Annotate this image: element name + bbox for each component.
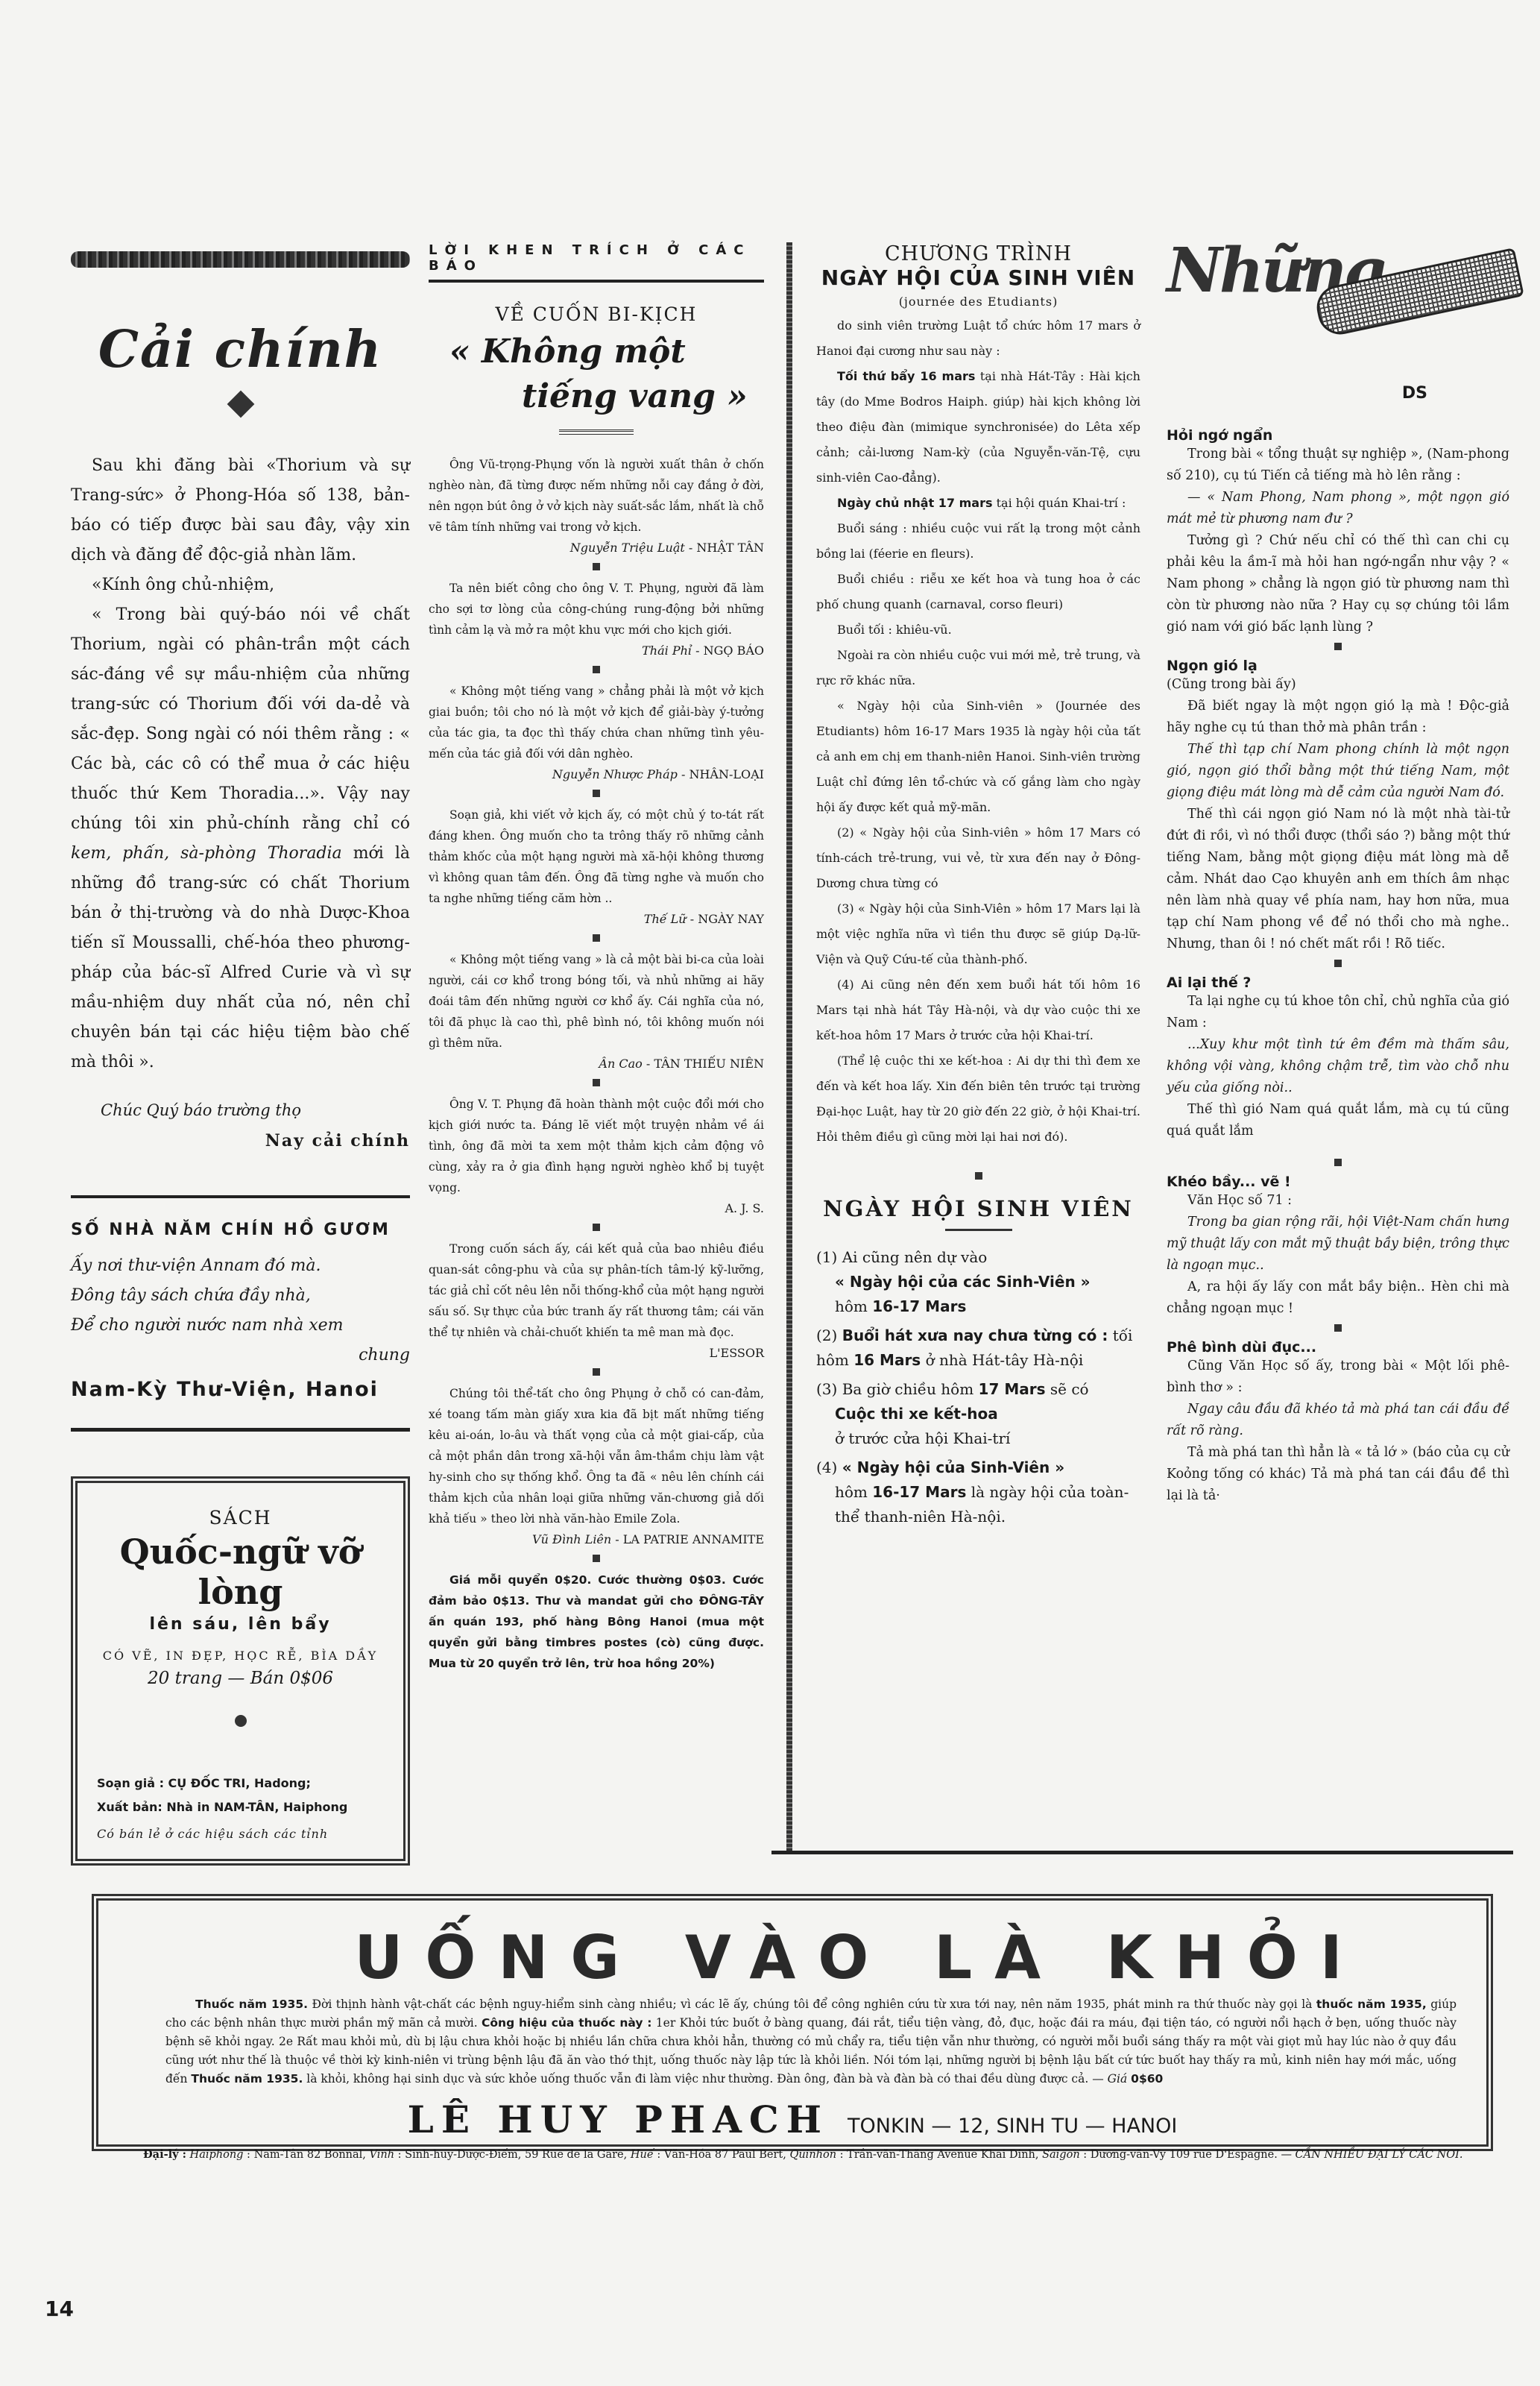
- artist-mark: DS: [1402, 384, 1427, 403]
- section-after: Thế thì cái ngọn gió Nam nó là một nhà t…: [1167, 804, 1509, 955]
- program-title: NGÀY HỘI CỦA SINH VIÊN: [816, 265, 1140, 290]
- square-bullet-icon: [593, 1555, 600, 1562]
- agent-city: Huế: [631, 2149, 654, 2161]
- agent-city: Saigon: [1042, 2149, 1080, 2161]
- section-title: Ngọn gió lạ: [1167, 658, 1509, 674]
- book-ad-label: SÁCH: [97, 1507, 384, 1529]
- summary-item-3: (3) Ba giờ chiều hôm 17 Mars sẽ có Cuộc …: [816, 1377, 1140, 1451]
- diamond-ornament-icon: [227, 391, 254, 418]
- correction-signature: Nay cải chính: [71, 1131, 410, 1150]
- column-reviews: LỜI KHEN TRÍCH Ở CÁC BÁO VỀ CUỐN BI-KỊCH…: [429, 242, 764, 1674]
- review-source: Nguyễn Nhược Pháp - NHÂN-LOẠI: [429, 764, 764, 785]
- section-quote: — « Nam Phong, Nam phong », một ngọn gió…: [1167, 487, 1509, 530]
- sunday-text: tại hội quán Khai-trí :: [997, 496, 1126, 510]
- review-source: Thái Phỉ - NGỌ BÁO: [429, 640, 764, 661]
- item-number: (4): [816, 1458, 837, 1476]
- medicine-lead: Thuốc năm 1935.: [195, 1998, 308, 2011]
- agents-note: — CẦN NHIỀU ĐẠI LÝ CÁC NƠI.: [1281, 2149, 1462, 2161]
- agent-shop: Trần-văn-Thăng Avenue Khai Dinh,: [847, 2149, 1038, 2161]
- brand-address: TONKIN — 12, SINH TU — HANOI: [848, 2115, 1177, 2138]
- section-after: Thế thì gió Nam quá quắt lắm, mà cụ tú c…: [1167, 1099, 1509, 1142]
- review-paper: LA PATRIE ANNAMITE: [623, 1532, 764, 1546]
- reviews-kicker: LỜI KHEN TRÍCH Ở CÁC BÁO: [429, 242, 764, 283]
- review-source: Ân Cao - TÂN THIẾU NIÊN: [429, 1054, 764, 1074]
- book-publisher: Xuất bản: Nhà in NAM-TÂN, Haiphong: [97, 1795, 384, 1819]
- review-text: Chúng tôi thể-tất cho ông Phụng ở chỗ có…: [429, 1383, 764, 1529]
- book-features: CÓ VẼ, IN ĐẸP, HỌC RỄ, BÌA DẦY: [97, 1649, 384, 1663]
- item-bold: « Ngày hội của các Sinh-Viên »: [835, 1273, 1091, 1291]
- book-price: 20 trang — Bán 0$06: [97, 1669, 384, 1688]
- book-note: Có bán lẻ ở các hiệu sách các tỉnh: [97, 1827, 384, 1841]
- program-p5: (Thể lệ cuộc thi xe kết-hoa : Ai dự thi …: [816, 1048, 1140, 1150]
- square-bullet-icon: [593, 563, 600, 570]
- section-after: Tả mà phá tan thì hẳn là « tả lớ » (báo …: [1167, 1442, 1509, 1507]
- square-bullet-icon: [593, 790, 600, 797]
- poem-line: chung: [71, 1341, 410, 1370]
- review-author: Thế Lữ: [644, 912, 687, 926]
- item-text: ở nhà Hát-tây Hà-nội: [926, 1351, 1084, 1369]
- book-ad: SÁCH Quốc-ngữ vỡ lòng lên sáu, lên bẩy C…: [71, 1476, 410, 1866]
- quote: Thế thì tạp chí Nam phong chính là một n…: [1167, 742, 1509, 800]
- item-cont: « Ngày hội của các Sinh-Viên »hôm 16-17 …: [816, 1270, 1140, 1319]
- item-number: (2): [816, 1326, 837, 1344]
- section-after: A, ra hội ấy lấy con mắt bầy biện.. Hèn …: [1167, 1277, 1509, 1320]
- brand-name: LÊ HUY PHACH: [408, 2097, 829, 2141]
- correction-body-end: mới là những đồ trang-sức có chất Thoriu…: [71, 844, 410, 1071]
- section-quote: ...Xuy khư một tình tứ êm đềm mà thấm sâ…: [1167, 1034, 1509, 1099]
- program-p2: (2) « Ngày hội của Sinh-viên » hôm 17 Ma…: [816, 820, 1140, 896]
- square-bullet-icon: [1334, 960, 1342, 967]
- medicine-ad: UỐNG VÀO LÀ KHỎI Thuốc năm 1935. Đời thị…: [92, 1894, 1493, 2151]
- medicine-text: Đời thịnh hành vật-chất các bệnh nguy-hi…: [312, 1998, 1312, 2011]
- round-ornament-icon: [235, 1715, 247, 1727]
- section-quote: Ngay câu đầu đã khéo tả mà phá tan cái đ…: [1167, 1399, 1509, 1442]
- library-name: Nam-Kỳ Thư-Viện, Hanoi: [71, 1378, 410, 1401]
- program-extra: Ngoài ra còn nhiều cuộc vui mới mẻ, trẻ …: [816, 643, 1140, 693]
- medicine-price: 0$60: [1131, 2072, 1163, 2086]
- item-date: 16-17 Mars: [872, 1483, 966, 1501]
- program-p4: (4) Ai cũng nên đến xem buổi hát tối hôm…: [816, 972, 1140, 1048]
- agents-label: Đại-lý :: [143, 2148, 186, 2161]
- agent-city: Quinhon: [789, 2149, 836, 2161]
- agent-shop: Văn-Hóa 87 Paul Bert,: [664, 2149, 786, 2161]
- section-text: (Cũng trong bài ấy): [1167, 674, 1509, 696]
- play-title-line1: « Không một: [449, 330, 764, 374]
- review-paper: NGỌ BÁO: [704, 643, 764, 658]
- square-bullet-icon: [593, 1224, 600, 1231]
- review-source: Vũ Đình Liên - LA PATRIE ANNAMITE: [429, 1529, 764, 1550]
- square-bullet-icon: [1334, 1324, 1342, 1332]
- play-title-line2: tiếng vang »: [522, 374, 764, 419]
- price-label: Giá: [1108, 2072, 1128, 2086]
- program-sunday: Ngày chủ nhật 17 mars tại hội quán Khai-…: [816, 491, 1140, 516]
- summary-item-4: (4) « Ngày hội của Sinh-Viên » hôm 16-17…: [816, 1455, 1140, 1529]
- item-cont: Cuộc thi xe kết-hoaở trước cửa hội Khai-…: [816, 1402, 1140, 1451]
- program-saturday: Tối thứ bẩy 16 mars tại nhà Hát-Tây : Hà…: [816, 364, 1140, 491]
- review-paper: NHẬT TÂN: [696, 541, 764, 555]
- correction-paragraph: Sau khi đăng bài «Thorium và sự Trang-sứ…: [71, 451, 410, 570]
- review-text: Ta nên biết công cho ông V. T. Phụng, ng…: [429, 578, 764, 640]
- reviews-heading: VỀ CUỐN BI-KỊCH: [429, 303, 764, 325]
- review-text: Soạn giả, khi viết vở kịch ấy, có một ch…: [429, 805, 764, 909]
- review-source: A. J. S.: [429, 1198, 764, 1219]
- column-correction: Cải chính Sau khi đăng bài «Thorium và s…: [71, 242, 410, 1866]
- summary-item-2: (2) Buổi hát xưa nay chưa từng có : tối …: [816, 1323, 1140, 1373]
- section-title: Ai lại thế ?: [1167, 975, 1509, 991]
- item-text: hôm: [835, 1297, 868, 1315]
- medicine-body: Thuốc năm 1935. Đời thịnh hành vật-chất …: [98, 1995, 1486, 2088]
- quote: ...Xuy khư một tình tứ êm đềm mà thấm sâ…: [1167, 1037, 1509, 1095]
- quote: — « Nam Phong, Nam phong », một ngọn gió…: [1167, 490, 1509, 526]
- review-author: Thái Phỉ: [642, 643, 692, 658]
- review-author: Nguyễn Nhược Pháp: [552, 767, 678, 781]
- section-text: Trong bài « tổng thuật sự nghiệp », (Nam…: [1167, 444, 1509, 487]
- product-names: kem, phấn, sà-phòng Thoradia: [71, 844, 342, 863]
- price-info: Giá mỗi quyển 0$20. Cước thường 0$03. Cư…: [429, 1570, 764, 1674]
- review-source: Nguyễn Triệu Luật - NHẬT TÂN: [429, 538, 764, 558]
- book-subtitle: lên sáu, lên bẩy: [97, 1615, 384, 1634]
- correction-closing: Chúc Quý báo trường thọ: [101, 1101, 410, 1119]
- agent-city: Haiphong: [190, 2149, 244, 2161]
- item-date: 16 Mars: [853, 1351, 921, 1369]
- square-bullet-icon: [593, 1368, 600, 1376]
- agent-shop: Nam-Tân 82 Bonnal,: [254, 2149, 366, 2161]
- summary-list: (1) Ai cũng nên dự vào « Ngày hội của cá…: [816, 1245, 1140, 1529]
- poem-line: Ấy nơi thư-viện Annam đó mà.: [71, 1251, 410, 1281]
- item-cont: hôm 16-17 Mars là ngày hội của toàn-thể …: [816, 1480, 1140, 1529]
- quote: Trong ba gian rộng rãi, hội Việt-Nam chấ…: [1167, 1215, 1509, 1273]
- book-author: Soạn giả : CỤ ĐỐC TRI, Hadong;: [97, 1772, 384, 1795]
- section-after: Tưởng gì ? Chứ nếu chỉ có thế thì can ch…: [1167, 530, 1509, 638]
- section-text: Văn Học số 71 :: [1167, 1190, 1509, 1212]
- review-source: L'ESSOR: [429, 1343, 764, 1364]
- review-author: Nguyễn Triệu Luật: [570, 541, 685, 555]
- program-p3: (3) « Ngày hội của Sinh-Viên » hôm 17 Ma…: [816, 896, 1140, 972]
- column-program: CHƯƠNG TRÌNH NGÀY HỘI CỦA SINH VIÊN (jou…: [816, 242, 1140, 1534]
- page-number: 14: [45, 2297, 74, 2321]
- program-morning: Buổi sáng : nhiều cuộc vui rất lạ trong …: [816, 516, 1140, 567]
- square-bullet-icon: [593, 666, 600, 673]
- section-text: Cũng Văn Học số ấy, trong bài « Một lối …: [1167, 1356, 1509, 1399]
- correction-body: « Trong bài quý-báo nói về chất Thorium,…: [71, 605, 410, 833]
- library-poem: Ấy nơi thư-viện Annam đó mà. Đông tây sá…: [71, 1251, 410, 1370]
- program-heading: CHƯƠNG TRÌNH: [816, 242, 1140, 265]
- square-bullet-icon: [975, 1172, 982, 1180]
- item-date: 17 Mars: [979, 1380, 1046, 1398]
- item-text: Ai cũng nên dự vào: [842, 1248, 988, 1266]
- divider: [71, 1428, 410, 1432]
- summary-item-1: (1) Ai cũng nên dự vào « Ngày hội của cá…: [816, 1245, 1140, 1319]
- review-text: Ông Vũ-trọng-Phụng vốn là người xuất thâ…: [429, 454, 764, 538]
- efficacy-label: Công hiệu của thuốc này :: [482, 2016, 651, 2030]
- square-bullet-icon: [1334, 643, 1342, 650]
- summary-title: NGÀY HỘI SINH VIÊN: [816, 1196, 1140, 1221]
- review-author: Vũ Đình Liên: [532, 1532, 611, 1546]
- item-bold: « Ngày hội của Sinh-Viên »: [842, 1458, 1064, 1476]
- item-text: Ba giờ chiều hôm: [842, 1380, 973, 1398]
- quote: Ngay câu đầu đã khéo tả mà phá tan cái đ…: [1167, 1402, 1509, 1438]
- item-text: ở trước cửa hội Khai-trí: [835, 1429, 1010, 1447]
- program-intro: do sinh viên trường Luật tổ chức hôm 17 …: [816, 313, 1140, 364]
- review-text: « Không một tiếng vang » chẳng phải là m…: [429, 681, 764, 764]
- program-evening: Buổi tối : khiêu-vũ.: [816, 617, 1140, 643]
- square-bullet-icon: [593, 1079, 600, 1086]
- sunday-label: Ngày chủ nhật 17 mars: [837, 496, 993, 510]
- review-source: Thế Lữ - NGÀY NAY: [429, 909, 764, 930]
- review-author: Ân Cao: [599, 1057, 642, 1071]
- medicine-name: thuốc năm 1935,: [1316, 1998, 1427, 2011]
- item-bold: Cuộc thi xe kết-hoa: [835, 1405, 998, 1423]
- section-title: Phê bình dùi đục...: [1167, 1339, 1509, 1356]
- section-title: Hỏi ngớ ngẩn: [1167, 427, 1509, 444]
- agent-shop: Dương-văn-Vy 109 rue D'Espagne.: [1091, 2149, 1278, 2161]
- medicine-text: là khỏi, không hại sinh dục và sức khỏe …: [306, 2072, 1103, 2086]
- program-p1: « Ngày hội của Sinh-viên » (Journée des …: [816, 693, 1140, 820]
- square-bullet-icon: [593, 934, 600, 942]
- divider: [71, 1195, 410, 1198]
- item-number: (1): [816, 1248, 837, 1266]
- section-title: Khéo bầy... vẽ !: [1167, 1174, 1509, 1190]
- medicine-name: Thuốc năm 1935.: [191, 2072, 303, 2086]
- correction-salutation: «Kính ông chủ-nhiệm,: [71, 570, 410, 600]
- medicine-headline: UỐNG VÀO LÀ KHỎI: [233, 1923, 1486, 1992]
- saturday-text: tại nhà Hát-Tây : Hài kịch tây (do Mme B…: [816, 369, 1140, 485]
- section-text2: Đã biết ngay là một ngọn gió lạ mà ! Độc…: [1167, 696, 1509, 739]
- newspaper-page: Cải chính Sau khi đăng bài «Thorium và s…: [0, 0, 1540, 2386]
- item-text: hôm: [835, 1483, 868, 1501]
- brand-line: LÊ HUY PHACH TONKIN — 12, SINH TU — HANO…: [98, 2097, 1486, 2141]
- program-subtitle: (journée des Etudiants): [816, 295, 1140, 309]
- review-text: Trong cuốn sách ấy, cái kết quả của bao …: [429, 1238, 764, 1343]
- review-paper: TÂN THIẾU NIÊN: [654, 1057, 764, 1071]
- program-afternoon: Buổi chiều : riễu xe kết hoa và tung hoa…: [816, 567, 1140, 617]
- agent-shop: Sinh-huy-Dược-Điếm, 59 Rue de la Gare,: [405, 2149, 627, 2161]
- review-paper: NHÂN-LOẠI: [689, 767, 764, 781]
- review-text: Ông V. T. Phụng đã hoàn thành một cuộc đ…: [429, 1094, 764, 1198]
- item-text: sẽ có: [1050, 1380, 1089, 1398]
- short-rule: [559, 429, 634, 435]
- column-divider: [786, 242, 792, 1853]
- poem-line: Đông tây sách chứa đầy nhà,: [71, 1281, 410, 1311]
- agent-city: Vinh: [370, 2149, 395, 2161]
- library-heading: SỐ NHÀ NĂM CHÍN HỒ GƯƠM: [71, 1221, 410, 1239]
- review-text: « Không một tiếng vang » là cả một bài b…: [429, 949, 764, 1054]
- correction-paragraph: « Trong bài quý-báo nói về chất Thorium,…: [71, 600, 410, 1077]
- poem-line: Để cho người nước nam nhà xem: [71, 1311, 410, 1341]
- section-quote: Trong ba gian rộng rãi, hội Việt-Nam chấ…: [1167, 1212, 1509, 1277]
- section-bottom-rule: [771, 1851, 1513, 1854]
- item-number: (3): [816, 1380, 837, 1398]
- column-nhung: Những DS Hỏi ngớ ngẩn Trong bài « tổng t…: [1167, 235, 1509, 1507]
- ornamental-rule: [71, 251, 410, 268]
- short-rule: [945, 1229, 1012, 1233]
- item-bold: Buổi hát xưa nay chưa từng có :: [842, 1326, 1108, 1344]
- correction-title: Cải chính: [71, 320, 410, 380]
- square-bullet-icon: [1334, 1159, 1342, 1166]
- book-title: Quốc-ngữ vỡ lòng: [97, 1532, 384, 1612]
- item-date: 16-17 Mars: [872, 1297, 966, 1315]
- section-quote: Thế thì tạp chí Nam phong chính là một n…: [1167, 739, 1509, 804]
- agents-list: Đại-lý : Haiphong : Nam-Tân 82 Bonnal, V…: [98, 2144, 1486, 2165]
- section-text: Ta lại nghe cụ tú khoe tôn chỉ, chủ nghĩ…: [1167, 991, 1509, 1034]
- saturday-label: Tối thứ bẩy 16 mars: [837, 369, 975, 383]
- review-paper: NGÀY NAY: [698, 912, 764, 926]
